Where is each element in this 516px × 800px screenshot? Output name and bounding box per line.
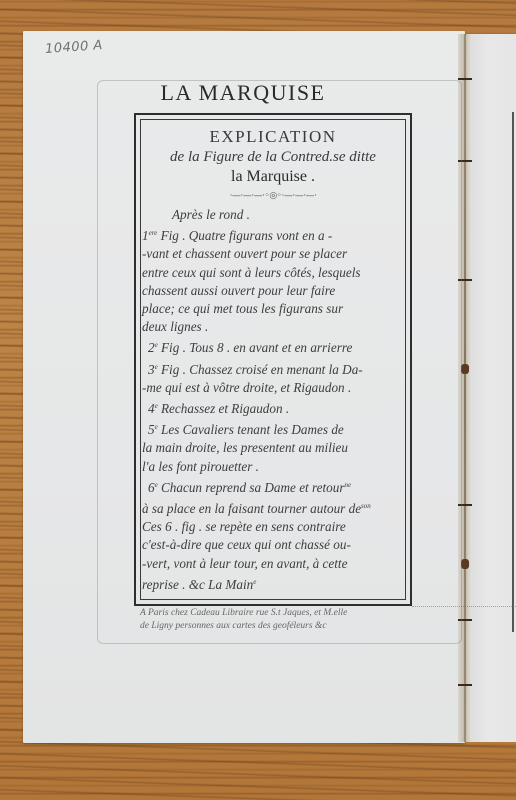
right-page-frame-edge <box>512 112 516 632</box>
instruction-line: 4e Rechassez et Rigaudon . <box>142 397 404 418</box>
instruction-line: à sa place en la faisant tourner autour … <box>142 497 404 518</box>
ornament-divider-icon: ·—·—·—·◦◎◦·—·—·—· <box>142 189 404 203</box>
publisher-imprint: A Paris chez Cadeau Libraire rue S.t Jaq… <box>140 607 430 633</box>
thread-knot <box>461 559 469 569</box>
right-page-fragment <box>468 34 516 742</box>
page-title: LA MARQUISE <box>0 80 516 106</box>
instruction-line: -vert, vont à leur tour, en avant, à cet… <box>142 555 404 573</box>
instruction-line: 5e Les Cavaliers tenant les Dames de <box>142 418 404 439</box>
instruction-line: 1ere Fig . Quatre figurans vont en a - <box>142 224 404 245</box>
thread-knot <box>461 364 469 374</box>
instruction-line: Ces 6 . fig . se repète en sens contrair… <box>142 518 404 536</box>
instruction-line: deux lignes . <box>142 318 404 336</box>
dance-name: la Marquise . <box>142 167 404 187</box>
signature: La Maine <box>208 577 256 592</box>
dotted-fold-line <box>412 606 516 607</box>
instruction-line: -vant et chassent ouvert pour se placer <box>142 245 404 263</box>
explication-subheading: de la Figure de la Contred.se ditte <box>142 147 404 167</box>
intro-line: Après le rond . <box>142 206 404 224</box>
explication-heading: EXPLICATION <box>142 127 404 147</box>
closing-row: reprise . &c La Maine <box>142 573 404 594</box>
stitch-mark <box>458 684 472 686</box>
binding-thread <box>464 34 466 742</box>
instruction-line: -me qui est à vôtre droite, et Rigaudon … <box>142 379 404 397</box>
instruction-line: 6e Chacun reprend sa Dame et retourne <box>142 476 404 497</box>
instruction-line: c'est-à-dire que ceux qui ont chassé ou- <box>142 536 404 554</box>
instruction-line: entre ceux qui sont à leurs côtés, lesqu… <box>142 264 404 282</box>
instruction-line: place; ce qui met tous les figurans sur <box>142 300 404 318</box>
closing-reprise: reprise . &c <box>142 577 205 592</box>
imprint-line: A Paris chez Cadeau Libraire rue S.t Jaq… <box>140 607 430 620</box>
frame-content: EXPLICATION de la Figure de la Contred.s… <box>142 120 404 594</box>
instruction-line: l'a les font pirouetter . <box>142 458 404 476</box>
instruction-line: la main droite, les presentent au milieu <box>142 439 404 457</box>
dance-instructions: Après le rond . 1ere Fig . Quatre figura… <box>142 206 404 594</box>
instruction-line: chassent aussi ouvert pour leur faire <box>142 282 404 300</box>
instruction-line: 2e Fig . Tous 8 . en avant et en arrierr… <box>142 336 404 357</box>
instruction-line: 3e Fig . Chassez croisé en menant la Da- <box>142 358 404 379</box>
imprint-line: de Ligny personnes aux cartes des geofél… <box>140 620 430 633</box>
